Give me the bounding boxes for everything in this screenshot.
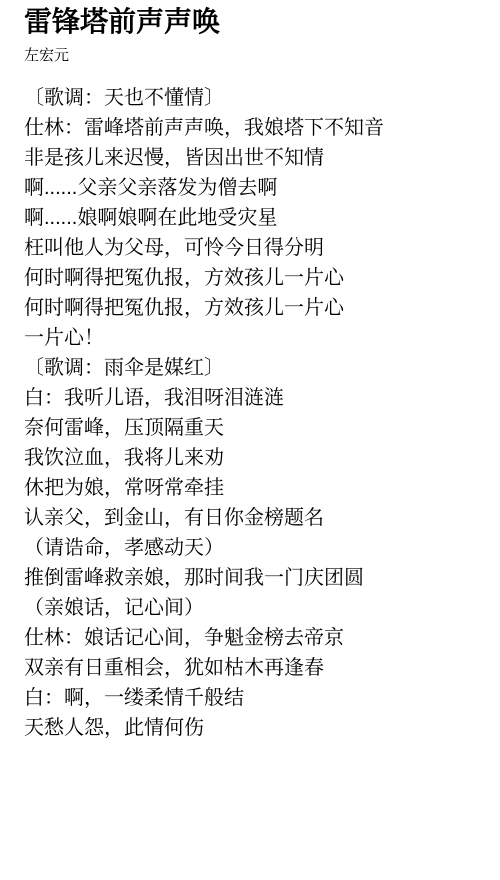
lyric-line: 仕林：雷峰塔前声声唤，我娘塔下不知音 bbox=[24, 113, 484, 143]
lyric-line: 白：我听儿语，我泪呀泪涟涟 bbox=[24, 383, 484, 413]
lyric-line: 仕林：娘话记心间，争魁金榜去帝京 bbox=[24, 623, 484, 653]
lyric-line: 天愁人怨，此情何伤 bbox=[24, 713, 484, 743]
song-title: 雷锋塔前声声唤 bbox=[24, 5, 484, 39]
lyric-line: 枉叫他人为父母，可怜今日得分明 bbox=[24, 233, 484, 263]
lyrics-page: 雷锋塔前声声唤 左宏元 〔歌调：天也不懂情〕仕林：雷峰塔前声声唤，我娘塔下不知音… bbox=[0, 0, 500, 880]
lyric-line: 推倒雷峰救亲娘，那时间我一门庆团圆 bbox=[24, 563, 484, 593]
lyric-line: 〔歌调：天也不懂情〕 bbox=[24, 83, 484, 113]
song-artist: 左宏元 bbox=[24, 48, 484, 65]
lyric-line: （请诰命，孝感动天） bbox=[24, 533, 484, 563]
lyric-line: 啊......娘啊娘啊在此地受灾星 bbox=[24, 203, 484, 233]
lyric-line: 我饮泣血，我将儿来劝 bbox=[24, 443, 484, 473]
lyrics-body: 〔歌调：天也不懂情〕仕林：雷峰塔前声声唤，我娘塔下不知音非是孩儿来迟慢，皆因出世… bbox=[24, 83, 484, 743]
lyric-line: 一片心！ bbox=[24, 323, 484, 353]
lyric-line: 认亲父，到金山，有日你金榜题名 bbox=[24, 503, 484, 533]
lyric-line: 〔歌调：雨伞是媒红〕 bbox=[24, 353, 484, 383]
lyric-line: 双亲有日重相会，犹如枯木再逢春 bbox=[24, 653, 484, 683]
lyric-line: 啊......父亲父亲落发为僧去啊 bbox=[24, 173, 484, 203]
lyric-line: （亲娘话，记心间） bbox=[24, 593, 484, 623]
lyric-line: 白：啊，一缕柔情千般结 bbox=[24, 683, 484, 713]
lyric-line: 非是孩儿来迟慢，皆因出世不知情 bbox=[24, 143, 484, 173]
lyric-line: 休把为娘，常呀常牵挂 bbox=[24, 473, 484, 503]
lyric-line: 何时啊得把冤仇报，方效孩儿一片心 bbox=[24, 293, 484, 323]
lyric-line: 何时啊得把冤仇报，方效孩儿一片心 bbox=[24, 263, 484, 293]
lyric-line: 奈何雷峰，压顶隔重天 bbox=[24, 413, 484, 443]
